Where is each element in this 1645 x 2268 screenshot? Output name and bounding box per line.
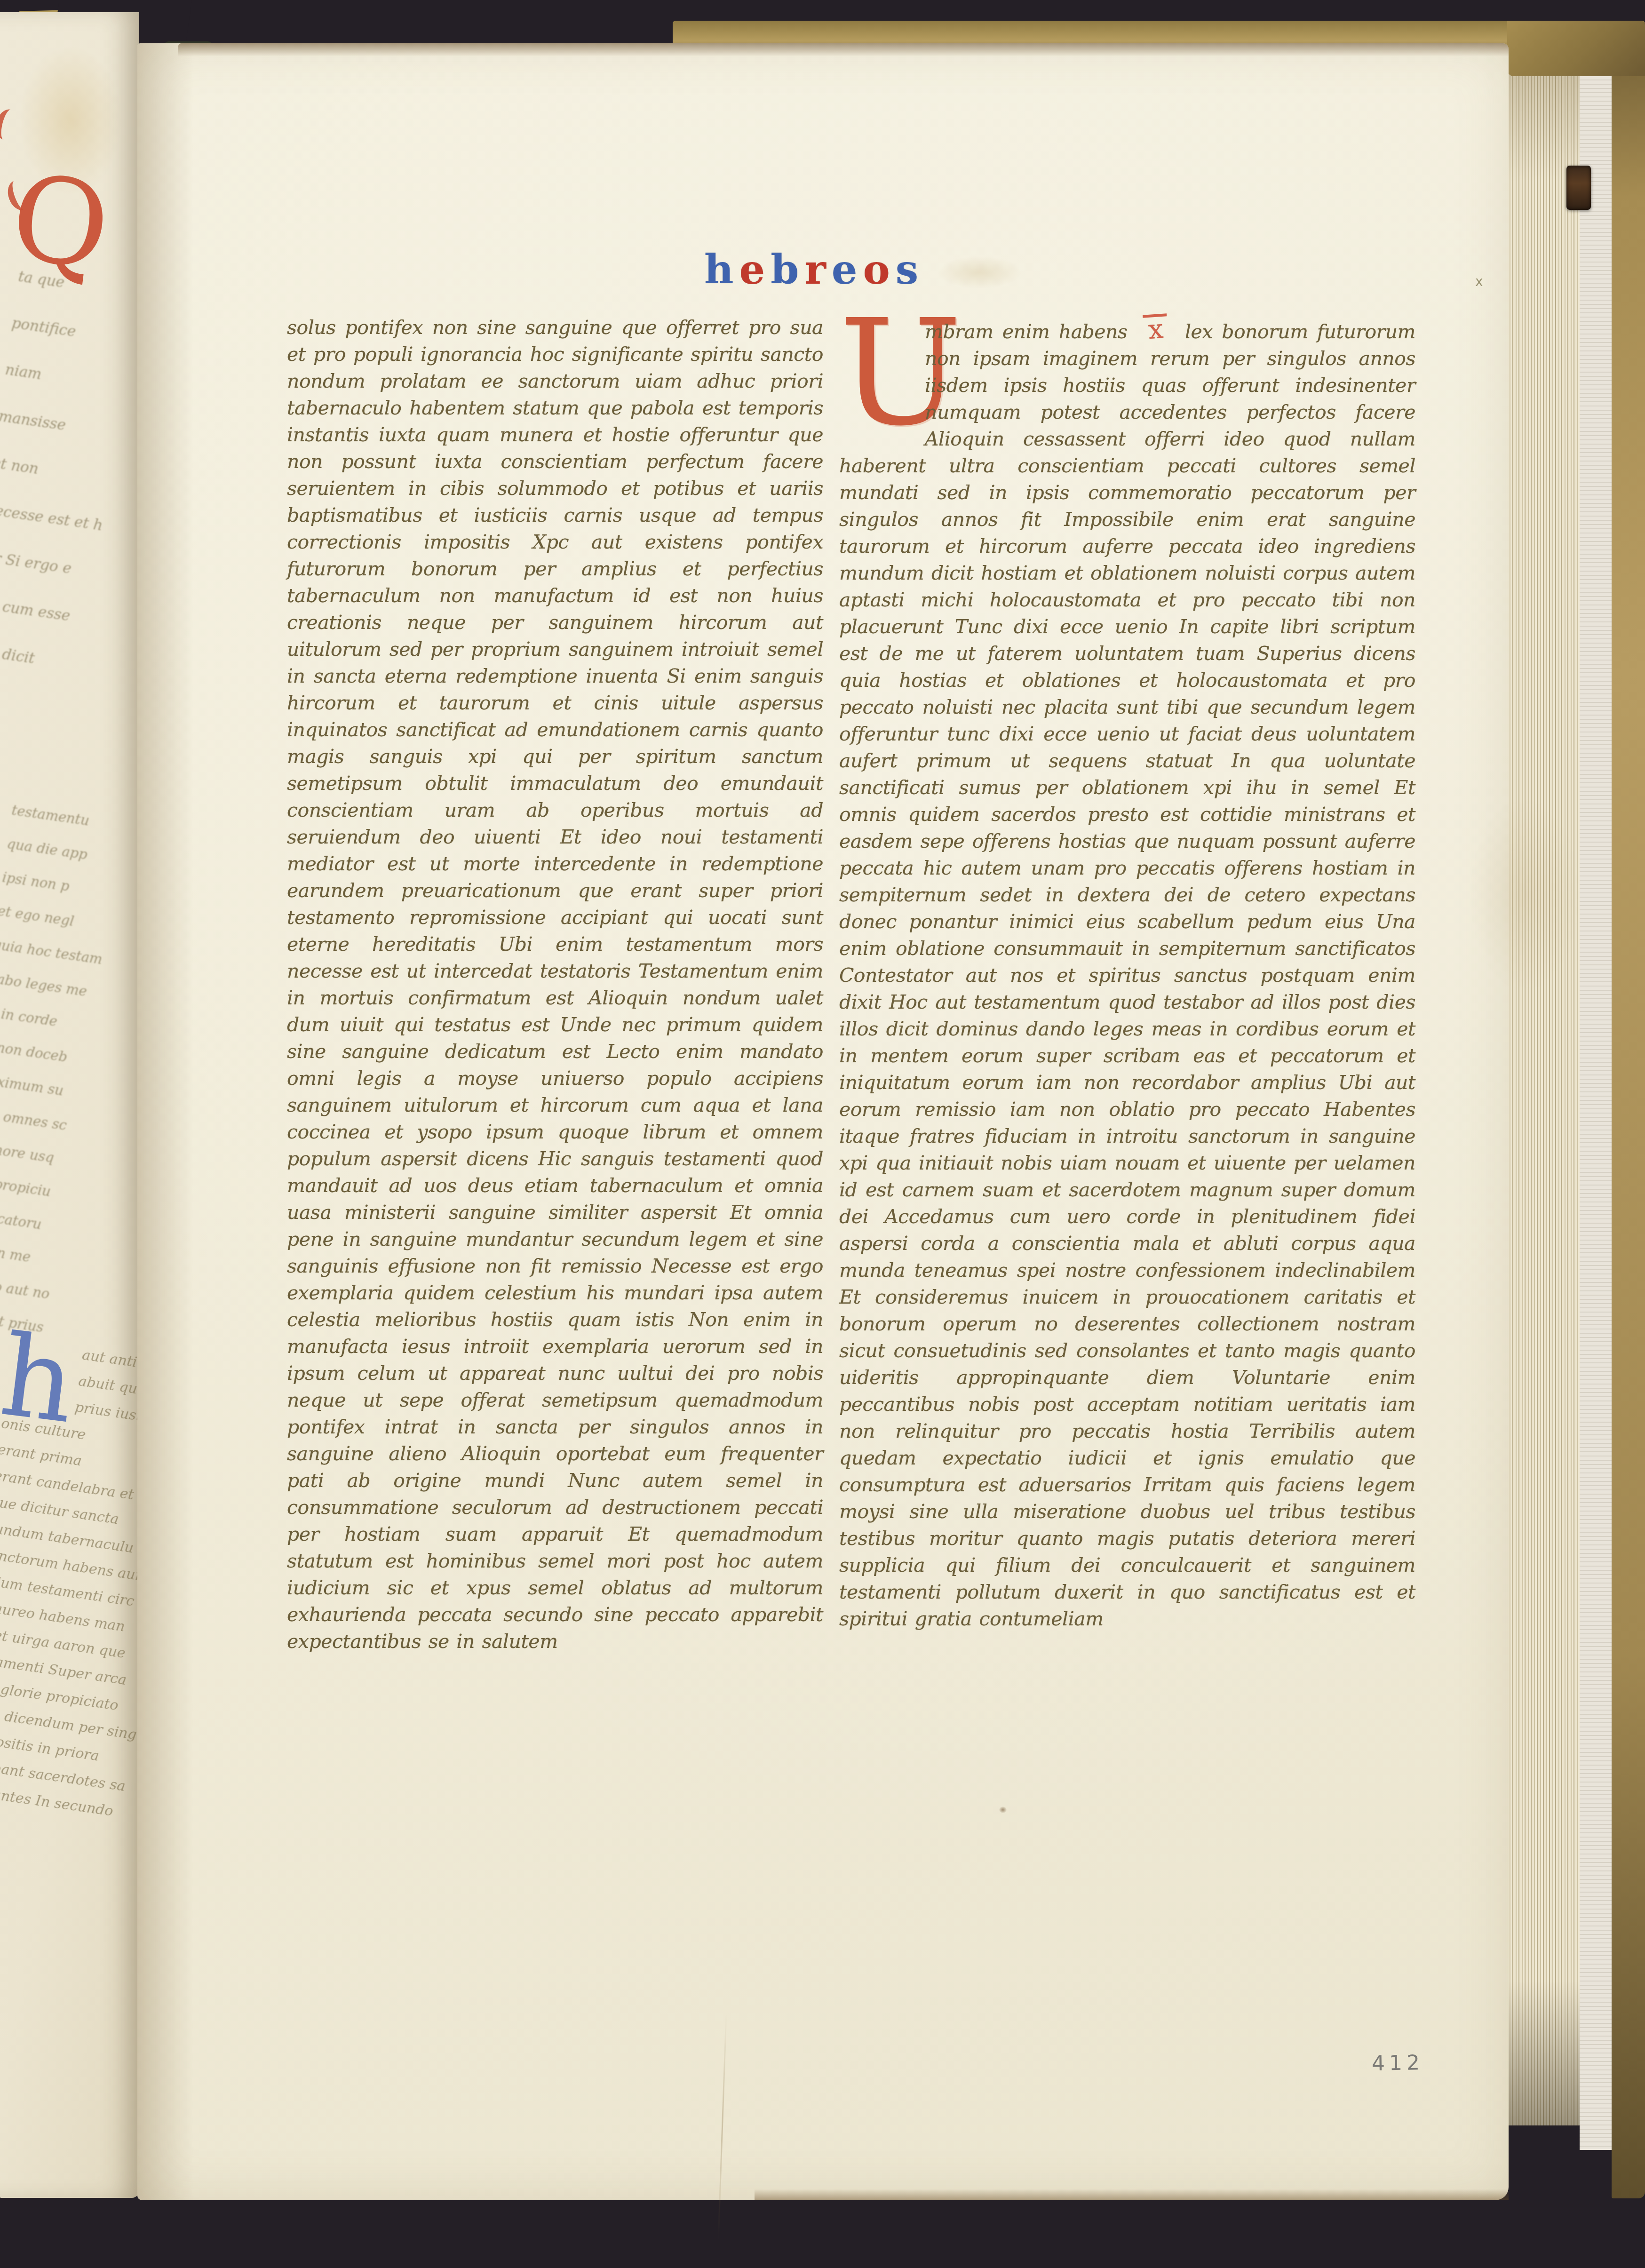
red-initial-fragment: [0, 107, 22, 142]
red-initial-u: U: [839, 314, 919, 448]
spine-lining-band: [1580, 71, 1613, 2150]
sliver-text-lower: aut antiquatur et senescabuit quidempriu…: [0, 1332, 139, 1832]
binding-top-right-corner: [1507, 21, 1645, 76]
column-left-text: solus pontifex non sine sanguine que off…: [287, 316, 823, 1653]
column-right-first-line: mbram enim habens: [925, 320, 1128, 343]
manuscript-page: hebreos solus pontifex non sine sanguine…: [137, 43, 1509, 2200]
running-title-letter: s: [896, 248, 918, 292]
facing-page-sliver: Q h ta quepontificeniammansisseet nonnec…: [0, 12, 139, 2198]
column-right-text: lex bonorum futurorum non ipsam imaginem…: [839, 320, 1415, 1630]
sliver-text-upper: ta quepontificeniammansisseet nonnecesse…: [0, 253, 139, 702]
page-bottom-stain: [755, 2189, 1509, 2200]
parchment-crease: [718, 2014, 727, 2240]
running-title-letter: o: [863, 248, 890, 292]
running-title-letter: r: [804, 248, 826, 292]
running-title: hebreos: [704, 248, 918, 292]
parchment-stain: [937, 256, 1022, 289]
text-column-right: Umbram enim habensx lex bonorum futuroru…: [839, 314, 1415, 1632]
sliver-text-middle: testamentuqua die appipsi non pet ego ne…: [0, 793, 139, 1360]
running-title-letter: e: [739, 248, 765, 292]
metal-clasp-remnant: [1566, 166, 1591, 210]
text-column-left: solus pontifex non sine sanguine que off…: [287, 314, 823, 1655]
suede-binding-board: [1612, 23, 1645, 2198]
running-title-letter: e: [832, 248, 858, 292]
page-block-fore-edge: [1507, 57, 1581, 2125]
chapter-numeral-x: x: [1143, 313, 1168, 342]
running-title-letter: b: [771, 248, 799, 292]
running-title-letter: h: [704, 248, 734, 292]
ink-speck: [999, 1806, 1007, 1813]
manuscript-photo: Q h ta quepontificeniammansisseet nonnec…: [0, 0, 1645, 2268]
pencil-x-mark: x: [1475, 274, 1483, 289]
folio-number: 412: [1372, 2051, 1424, 2076]
